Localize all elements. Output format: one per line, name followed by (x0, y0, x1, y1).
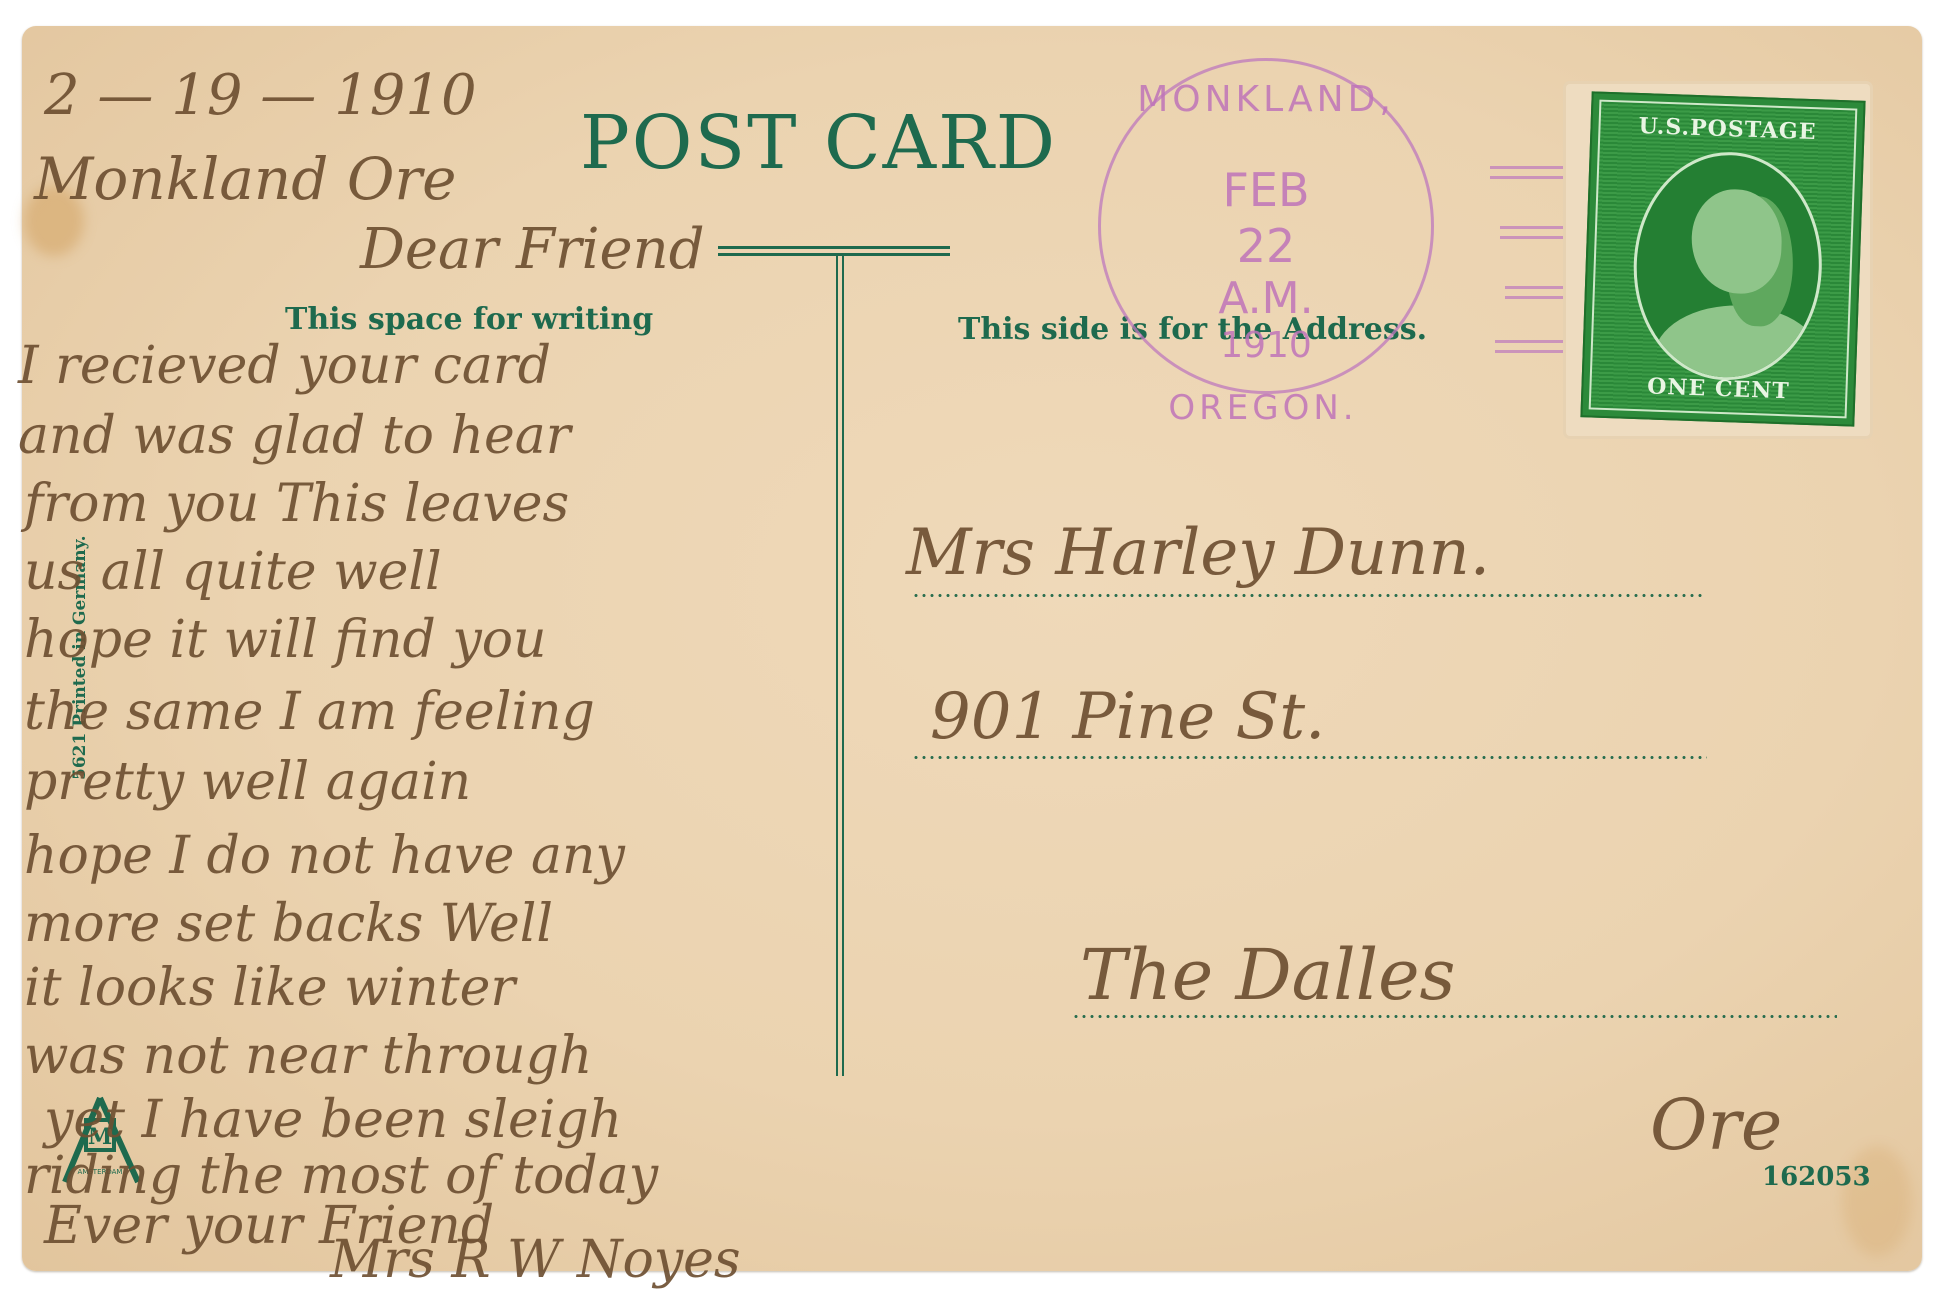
address-line-2 (912, 756, 1707, 759)
divider-line (836, 256, 838, 1076)
message-line: more set backs Well (24, 898, 553, 950)
address-street: 901 Pine St. (930, 680, 1325, 754)
postmark-city: MONKLAND, (1101, 79, 1431, 120)
address-line-1 (912, 594, 1702, 597)
postmark-month: FEB (1101, 163, 1431, 217)
message-line: hope it will find you (24, 614, 547, 666)
postage-stamp: U.S.POSTAGE ONE CENT (1566, 84, 1870, 436)
card-heading: POST CARD (580, 100, 1057, 186)
postmark-year: 1910 (1101, 325, 1431, 366)
message-line: was not near through (24, 1030, 592, 1082)
message-line: riding the most of today (24, 1150, 658, 1202)
message-line: from you This leaves (24, 478, 569, 530)
divider-line (842, 256, 844, 1076)
message-line: yet I have been sleigh (44, 1094, 622, 1146)
message-signature: Mrs R W Noyes (330, 1234, 741, 1286)
serial-number: 162053 (1762, 1162, 1871, 1192)
message-place: Monkland Ore (34, 150, 456, 208)
message-line: us all quite well (24, 546, 442, 598)
postmark: MONKLAND, FEB 22 A.M. 1910 (1098, 58, 1434, 394)
divider-top-rule (718, 253, 950, 256)
address-state: Ore (1650, 1084, 1782, 1166)
postmark-ampm: A.M. (1101, 273, 1431, 324)
message-date: 2 — 19 — 1910 (44, 68, 477, 124)
message-line: hope I do not have any (24, 830, 625, 882)
postmark-state: OREGON. (1098, 388, 1428, 428)
address-city: The Dalles (1080, 934, 1455, 1016)
message-line: and was glad to hear (18, 410, 571, 462)
franklin-portrait-icon (1630, 149, 1826, 383)
message-line: I recieved your card (18, 340, 551, 392)
message-line: pretty well again (24, 756, 471, 808)
divider-top-rule (718, 246, 950, 249)
address-recipient: Mrs Harley Dunn. (906, 516, 1490, 590)
message-line: it looks like winter (24, 962, 515, 1014)
writing-space-label: This space for writing (285, 302, 653, 337)
message-salutation: Dear Friend (360, 222, 705, 278)
stamp-top-text: U.S.POSTAGE (1600, 112, 1855, 147)
postmark-day: 22 (1101, 219, 1431, 273)
message-line: the same I am feeling (24, 686, 595, 738)
